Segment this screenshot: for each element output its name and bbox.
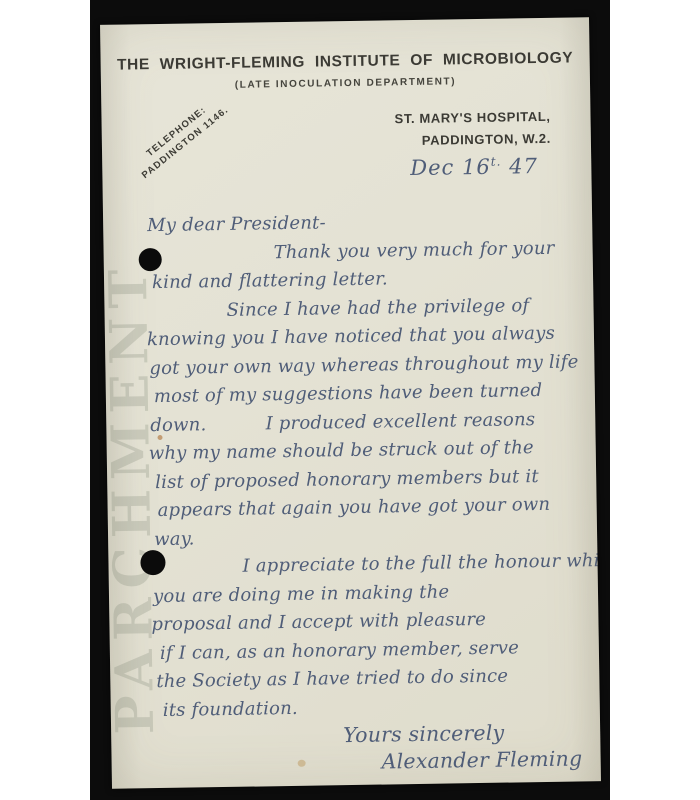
letterhead-address: ST. MARY'S HOSPITAL, PADDINGTON, W.2.	[394, 106, 551, 152]
handwritten-date: Dec 16t. 47	[410, 154, 538, 180]
telephone-stamp: TELEPHONE: PADDINGTON 1146.	[112, 78, 250, 197]
date-year: 47	[509, 154, 538, 178]
closing-valediction: Yours sincerely	[343, 718, 584, 749]
telephone-label: TELEPHONE:	[112, 78, 241, 186]
body-line: Thank you very much for your	[273, 234, 576, 267]
letter-body: My dear President- Thank you very much f…	[145, 205, 585, 779]
letter-paper: PARCHMENT THE WRIGHT-FLEMING INSTITUTE O…	[100, 17, 601, 789]
scan-page: PARCHMENT THE WRIGHT-FLEMING INSTITUTE O…	[0, 0, 700, 800]
scanner-bed: PARCHMENT THE WRIGHT-FLEMING INSTITUTE O…	[90, 0, 610, 800]
signature: Alexander Fleming	[381, 745, 584, 775]
letterhead-institute: THE WRIGHT-FLEMING INSTITUTE OF MICROBIO…	[101, 49, 590, 75]
address-district: PADDINGTON, W.2.	[395, 128, 551, 152]
rust-spot	[157, 435, 162, 440]
letterhead-department: (LATE INOCULATION DEPARTMENT)	[101, 74, 590, 93]
date-day: Dec 16	[410, 155, 491, 180]
date-ordinal-suffix: t.	[491, 155, 502, 169]
address-hospital: ST. MARY'S HOSPITAL,	[394, 106, 550, 130]
tan-spot	[298, 760, 306, 767]
telephone-number: PADDINGTON 1146.	[121, 89, 250, 197]
body-line: I appreciate to the full the honour whic…	[242, 547, 581, 581]
